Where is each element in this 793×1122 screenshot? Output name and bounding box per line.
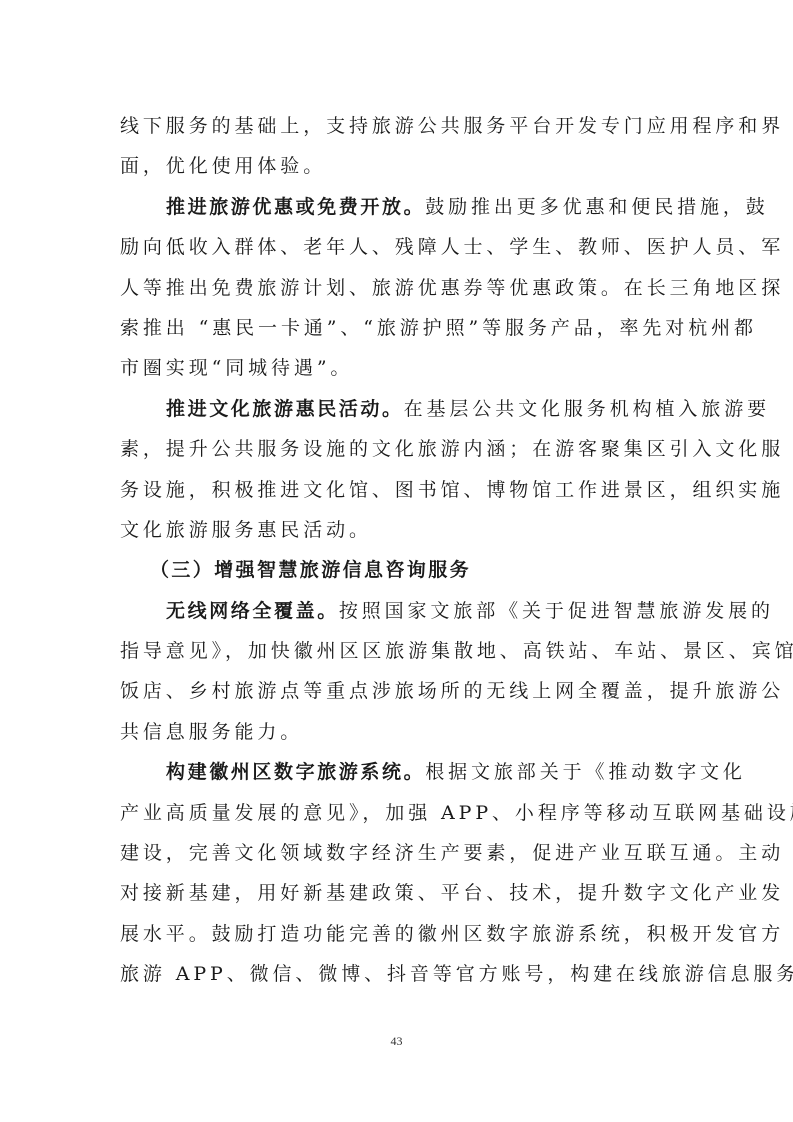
text-line: 务设施，积极推进文化馆、图书馆、博物馆工作进景区，组织实施 [120, 470, 676, 510]
line-text: 对接新基建，用好新基建政策、平台、技术，提升数字文化产业发 [120, 882, 784, 904]
paragraph-start: 推进旅游优惠或免费开放。鼓励推出更多优惠和便民措施，鼓 [120, 187, 676, 227]
line-text: 鼓励推出更多优惠和便民措施，鼓 [425, 196, 769, 218]
paragraph-start: 构建徽州区数字旅游系统。根据文旅部关于《推动数字文化 [120, 752, 676, 792]
section-heading: （三）增强智慧旅游信息咨询服务 [120, 550, 676, 590]
text-line: 饭店、乡村旅游点等重点涉旅场所的无线上网全覆盖，提升旅游公 [120, 671, 676, 711]
paragraph-start: 无线网络全覆盖。按照国家文旅部《关于促进智慧旅游发展的 [120, 591, 676, 631]
line-text: 励向低收入群体、老年人、残障人士、学生、教师、医护人员、军 [120, 236, 784, 258]
line-text: 展水平。鼓励打造功能完善的徽州区数字旅游系统，积极开发官方 [120, 923, 784, 945]
line-text: 指导意见》，加快徽州区区旅游集散地、高铁站、车站、景区、宾馆 [120, 640, 793, 662]
paragraph-start: 推进文化旅游惠民活动。在基层公共文化服务机构植入旅游要 [120, 389, 676, 429]
text-line: 对接新基建，用好新基建政策、平台、技术，提升数字文化产业发 [120, 873, 676, 913]
paragraph-lead: 推进文化旅游惠民活动。 [166, 398, 404, 420]
text-line: 文化旅游服务惠民活动。 [120, 510, 676, 550]
line-text: 市圈实现“同城待遇”。 [120, 357, 353, 379]
line-text: 人等推出免费旅游计划、旅游优惠券等优惠政策。在长三角地区探 [120, 277, 784, 299]
line-text: 线下服务的基础上，支持旅游公共服务平台开发专门应用程序和界 [120, 115, 784, 137]
page-number: 43 [0, 1034, 793, 1049]
text-line: 索推出 “惠民一卡通”、“旅游护照”等服务产品，率先对杭州都 [120, 308, 676, 348]
paragraph-lead: 无线网络全覆盖。 [166, 600, 339, 622]
line-text: 建设，完善文化领域数字经济生产要素，促进产业互联互通。主动 [120, 842, 784, 864]
text-line: 产业高质量发展的意见》，加强 APP、小程序等移动互联网基础设施 [120, 793, 676, 833]
text-line: 展水平。鼓励打造功能完善的徽州区数字旅游系统，积极开发官方 [120, 914, 676, 954]
text-line: 面，优化使用体验。 [120, 146, 676, 186]
text-line: 励向低收入群体、老年人、残障人士、学生、教师、医护人员、军 [120, 227, 676, 267]
line-text: 按照国家文旅部《关于促进智慧旅游发展的 [339, 600, 774, 622]
line-text: 面，优化使用体验。 [120, 155, 326, 177]
line-text: 务设施，积极推进文化馆、图书馆、博物馆工作进景区，组织实施 [120, 479, 784, 501]
text-line: 人等推出免费旅游计划、旅游优惠券等优惠政策。在长三角地区探 [120, 268, 676, 308]
line-text: 产业高质量发展的意见》，加强 APP、小程序等移动互联网基础设施 [120, 802, 793, 824]
line-text: 索推出 “惠民一卡通”、“旅游护照”等服务产品，率先对杭州都 [120, 317, 757, 339]
line-text: 根据文旅部关于《推动数字文化 [425, 761, 746, 783]
text-line: 线下服务的基础上，支持旅游公共服务平台开发专门应用程序和界 [120, 106, 676, 146]
text-line: 共信息服务能力。 [120, 712, 676, 752]
text-line: 建设，完善文化领域数字经济生产要素，促进产业互联互通。主动 [120, 833, 676, 873]
line-text: 素，提升公共服务设施的文化旅游内涵；在游客聚集区引入文化服 [120, 438, 784, 460]
paragraph-lead: 推进旅游优惠或免费开放。 [166, 196, 425, 218]
text-line: 市圈实现“同城待遇”。 [120, 348, 676, 388]
line-text: 旅游 APP、微信、微博、抖音等官方账号，构建在线旅游信息服务 [120, 963, 793, 985]
document-body: 线下服务的基础上，支持旅游公共服务平台开发专门应用程序和界 面，优化使用体验。 … [120, 106, 676, 995]
text-line: 素，提升公共服务设施的文化旅游内涵；在游客聚集区引入文化服 [120, 429, 676, 469]
line-text: 共信息服务能力。 [120, 721, 303, 743]
line-text: 文化旅游服务惠民活动。 [120, 519, 372, 541]
paragraph-lead: 构建徽州区数字旅游系统。 [166, 761, 425, 783]
text-line: 指导意见》，加快徽州区区旅游集散地、高铁站、车站、景区、宾馆 [120, 631, 676, 671]
line-text: 在基层公共文化服务机构植入旅游要 [404, 398, 770, 420]
line-text: 饭店、乡村旅游点等重点涉旅场所的无线上网全覆盖，提升旅游公 [120, 680, 784, 702]
text-line: 旅游 APP、微信、微博、抖音等官方账号，构建在线旅游信息服务 [120, 954, 676, 994]
